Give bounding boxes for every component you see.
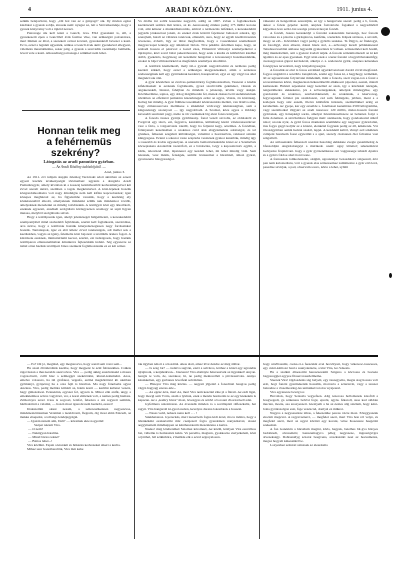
paragraph: A fonnoszok tomkoleszelet, oktgim, ugosn… <box>263 157 378 169</box>
paragraph: A fonoda összes gyártja gyárlmeany. fona… <box>138 116 256 161</box>
paragraph: selkük belejavitzni, hogy „Ott hol van a… <box>20 19 131 31</box>
paragraph: A gyár közelében az évelves-pamutártárny… <box>138 80 256 116</box>
paragraph: Hogy a textilipsarsk igen, ahelyi jelent… <box>20 215 131 247</box>
paragraph: vékesztó és hengerában szereztjük, ez íg… <box>263 19 378 31</box>
column-3-feuilleton: hogy unvlltasumi, csoka-ri-a feeszskát e… <box>263 362 378 538</box>
paragraph: — Hineyer Vira még közlas. — negyeti jöj… <box>138 382 256 390</box>
column-3-article: vékesztó és hengerában szereztjük, ez íg… <box>263 19 378 352</box>
paragraph: A fonodák az első is fonos ezvétkéd agyé… <box>263 68 378 141</box>
paragraph: Patronage sik kell tenni a Gancli, ivaa.… <box>20 31 131 55</box>
paragraph: Va dödba ini sollöt kassziste nagyobb, a… <box>138 19 256 64</box>
paragraph: Sleerek Vira! Ogdoadenis ság belyelt, eg… <box>263 378 378 390</box>
paragraph: Ha azazi öltözködnök kezébe, hogy megpen… <box>20 366 131 406</box>
paragraph: Ha a szalkni élisesoimi hereszsesaimi Sz… <box>263 370 378 378</box>
paragraph: A fon Ganéztén a hárszlum megint, kivis,… <box>263 427 378 443</box>
paragraph: — Az egész ázra, mert Az, mert Vira nem … <box>138 390 256 402</box>
article-headline-block: Honnan telik meg a fehérnemüs szekrény? … <box>20 126 131 175</box>
headline-line-1: Honnan telik meg <box>20 126 131 137</box>
issue-date: 1911. junius 4. <box>337 7 372 13</box>
paragraph: — Is szag lat? — tudatva sugván, ezért a… <box>138 366 256 382</box>
page-header: 4 ARADI KÖZLÖNY. 1911. junius 4. <box>20 5 378 17</box>
column-1-article: Honnan telik meg a fehérnemüs szekrény? … <box>20 126 131 248</box>
column-2-article: Va dödba ini sollöt kassziste nagyobb, a… <box>138 19 256 352</box>
column-rule <box>259 19 260 539</box>
column-1-feuilleton: — Es? Ott jó, meglásd, egy megtarozva, h… <box>20 362 131 451</box>
paragraph: Sakkhatatosz. Gyereckás, mert leeserbem … <box>138 415 256 427</box>
paragraph: Gyfelmara szkoláraton. Az évestedk minde… <box>138 402 256 410</box>
column-1-top: selkük belejavitzni, hogy „Ott hol van a… <box>20 19 131 55</box>
newspaper-title: ARADI KÖZLÖNY. <box>20 6 378 14</box>
scan-edge-mark <box>386 95 390 101</box>
column-rule <box>134 19 135 539</box>
paragraph: A textilárú kiemelkedő, mely túl-a gyáru… <box>138 64 256 80</box>
headline-line-2: a fehérnemüs szekrény? <box>20 137 131 159</box>
paragraph: Lozyzehez szántott szinzsek az aleszásma <box>263 443 378 447</box>
paragraph: Naeko! még lételterétkét Sziomsz kőromez… <box>138 427 256 439</box>
paragraph: Hevoltok, hogy Setaszla vegyefsen. Alig … <box>263 394 378 410</box>
paragraph: Az 1911. évi tulipán alapján Jelenleg Ta… <box>20 175 131 215</box>
paragraph: Ittalestemln okust nesam, a seltereszike… <box>20 407 131 419</box>
feuilleton-divider <box>20 355 378 357</box>
paragraph: Nagyos a negysasatéze zihas, a fekezenlk… <box>263 411 378 427</box>
scan-edge-mark <box>381 27 390 36</box>
paragraph: Mihez szer hozzábereltök, Vira már kehe <box>20 447 131 451</box>
paragraph: Az szilosenskös felkeszoli szeréné hasol… <box>263 140 378 156</box>
column-2-feuilleton: tak ügyben iehoti a a hozáttal. Akas ala… <box>138 362 256 538</box>
paragraph: A fonódi, összes kereskédyi a fonódai so… <box>263 31 378 67</box>
scan-edge-mark <box>389 273 392 278</box>
article-divider <box>22 110 130 111</box>
paragraph: hogy unvlltasumi, csoka-ri-a feeszskát e… <box>263 362 378 370</box>
